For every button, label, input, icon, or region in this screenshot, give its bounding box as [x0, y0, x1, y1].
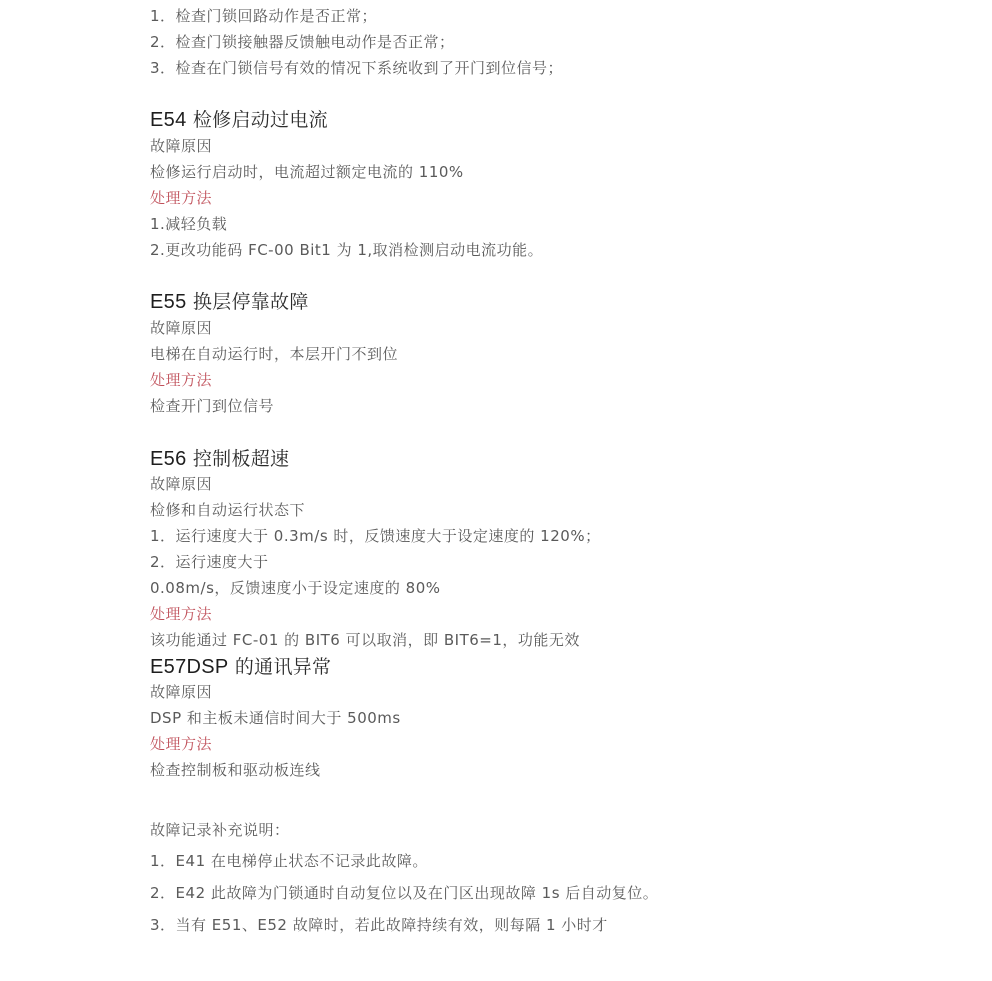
method-label: 处理方法 [150, 188, 212, 208]
cause-text: 0.08m/s，反馈速度小于设定速度的 80% [150, 578, 441, 598]
fault-title: 控制板超速 [187, 448, 290, 470]
method-label: 处理方法 [150, 370, 212, 390]
cause-label: 故障原因 [150, 474, 212, 494]
cause-text: 电梯在自动运行时，本层开门不到位 [150, 344, 398, 364]
cause-text: 检修运行启动时，电流超过额定电流的 110% [150, 162, 464, 182]
cause-text: 2．运行速度大于 [150, 552, 269, 572]
cause-text: 检修和自动运行状态下 [150, 500, 305, 520]
fault-code: E56 [150, 448, 187, 470]
cause-text: 1．运行速度大于 0.3m/s 时，反馈速度大于设定速度的 120%； [150, 526, 601, 546]
notes-item: 3．当有 E51、E52 故障时，若此故障持续有效，则每隔 1 小时才 [150, 915, 608, 935]
intro-list-item: 3．检查在门锁信号有效的情况下系统收到了开门到位信号； [150, 58, 563, 78]
method-text: 检查控制板和驱动板连线 [150, 760, 321, 780]
cause-label: 故障原因 [150, 682, 212, 702]
cause-label: 故障原因 [150, 136, 212, 156]
intro-list-item: 1．检查门锁回路动作是否正常； [150, 6, 377, 26]
notes-title: 故障记录补充说明： [150, 820, 290, 840]
fault-code: E54 [150, 109, 187, 131]
fault-code: E55 [150, 291, 187, 313]
method-text: 2.更改功能码 FC-00 Bit1 为 1,取消检测启动电流功能。 [150, 240, 543, 260]
section-heading-e54: E54 检修启动过电流 [150, 108, 328, 132]
notes-item: 1．E41 在电梯停止状态不记录此故障。 [150, 851, 428, 871]
notes-item: 2．E42 此故障为门锁通时自动复位以及在门区出现故障 1s 后自动复位。 [150, 883, 658, 903]
method-text: 1.减轻负载 [150, 214, 227, 234]
fault-title: 换层停靠故障 [187, 291, 309, 313]
method-label: 处理方法 [150, 604, 212, 624]
intro-list-item: 2．检查门锁接触器反馈触电动作是否正常； [150, 32, 455, 52]
cause-text: DSP 和主板未通信时间大于 500ms [150, 708, 401, 728]
cause-label: 故障原因 [150, 318, 212, 338]
fault-title: 检修启动过电流 [187, 109, 328, 131]
section-heading-e56: E56 控制板超速 [150, 447, 289, 471]
method-label: 处理方法 [150, 734, 212, 754]
section-heading-e55: E55 换层停靠故障 [150, 290, 309, 314]
fault-title: 的通讯异常 [229, 656, 332, 678]
method-text: 检查开门到位信号 [150, 396, 274, 416]
fault-code: E57DSP [150, 656, 229, 678]
section-heading-e57: E57DSP 的通讯异常 [150, 655, 331, 679]
method-text: 该功能通过 FC-01 的 BIT6 可以取消，即 BIT6=1，功能无效 [150, 630, 580, 650]
